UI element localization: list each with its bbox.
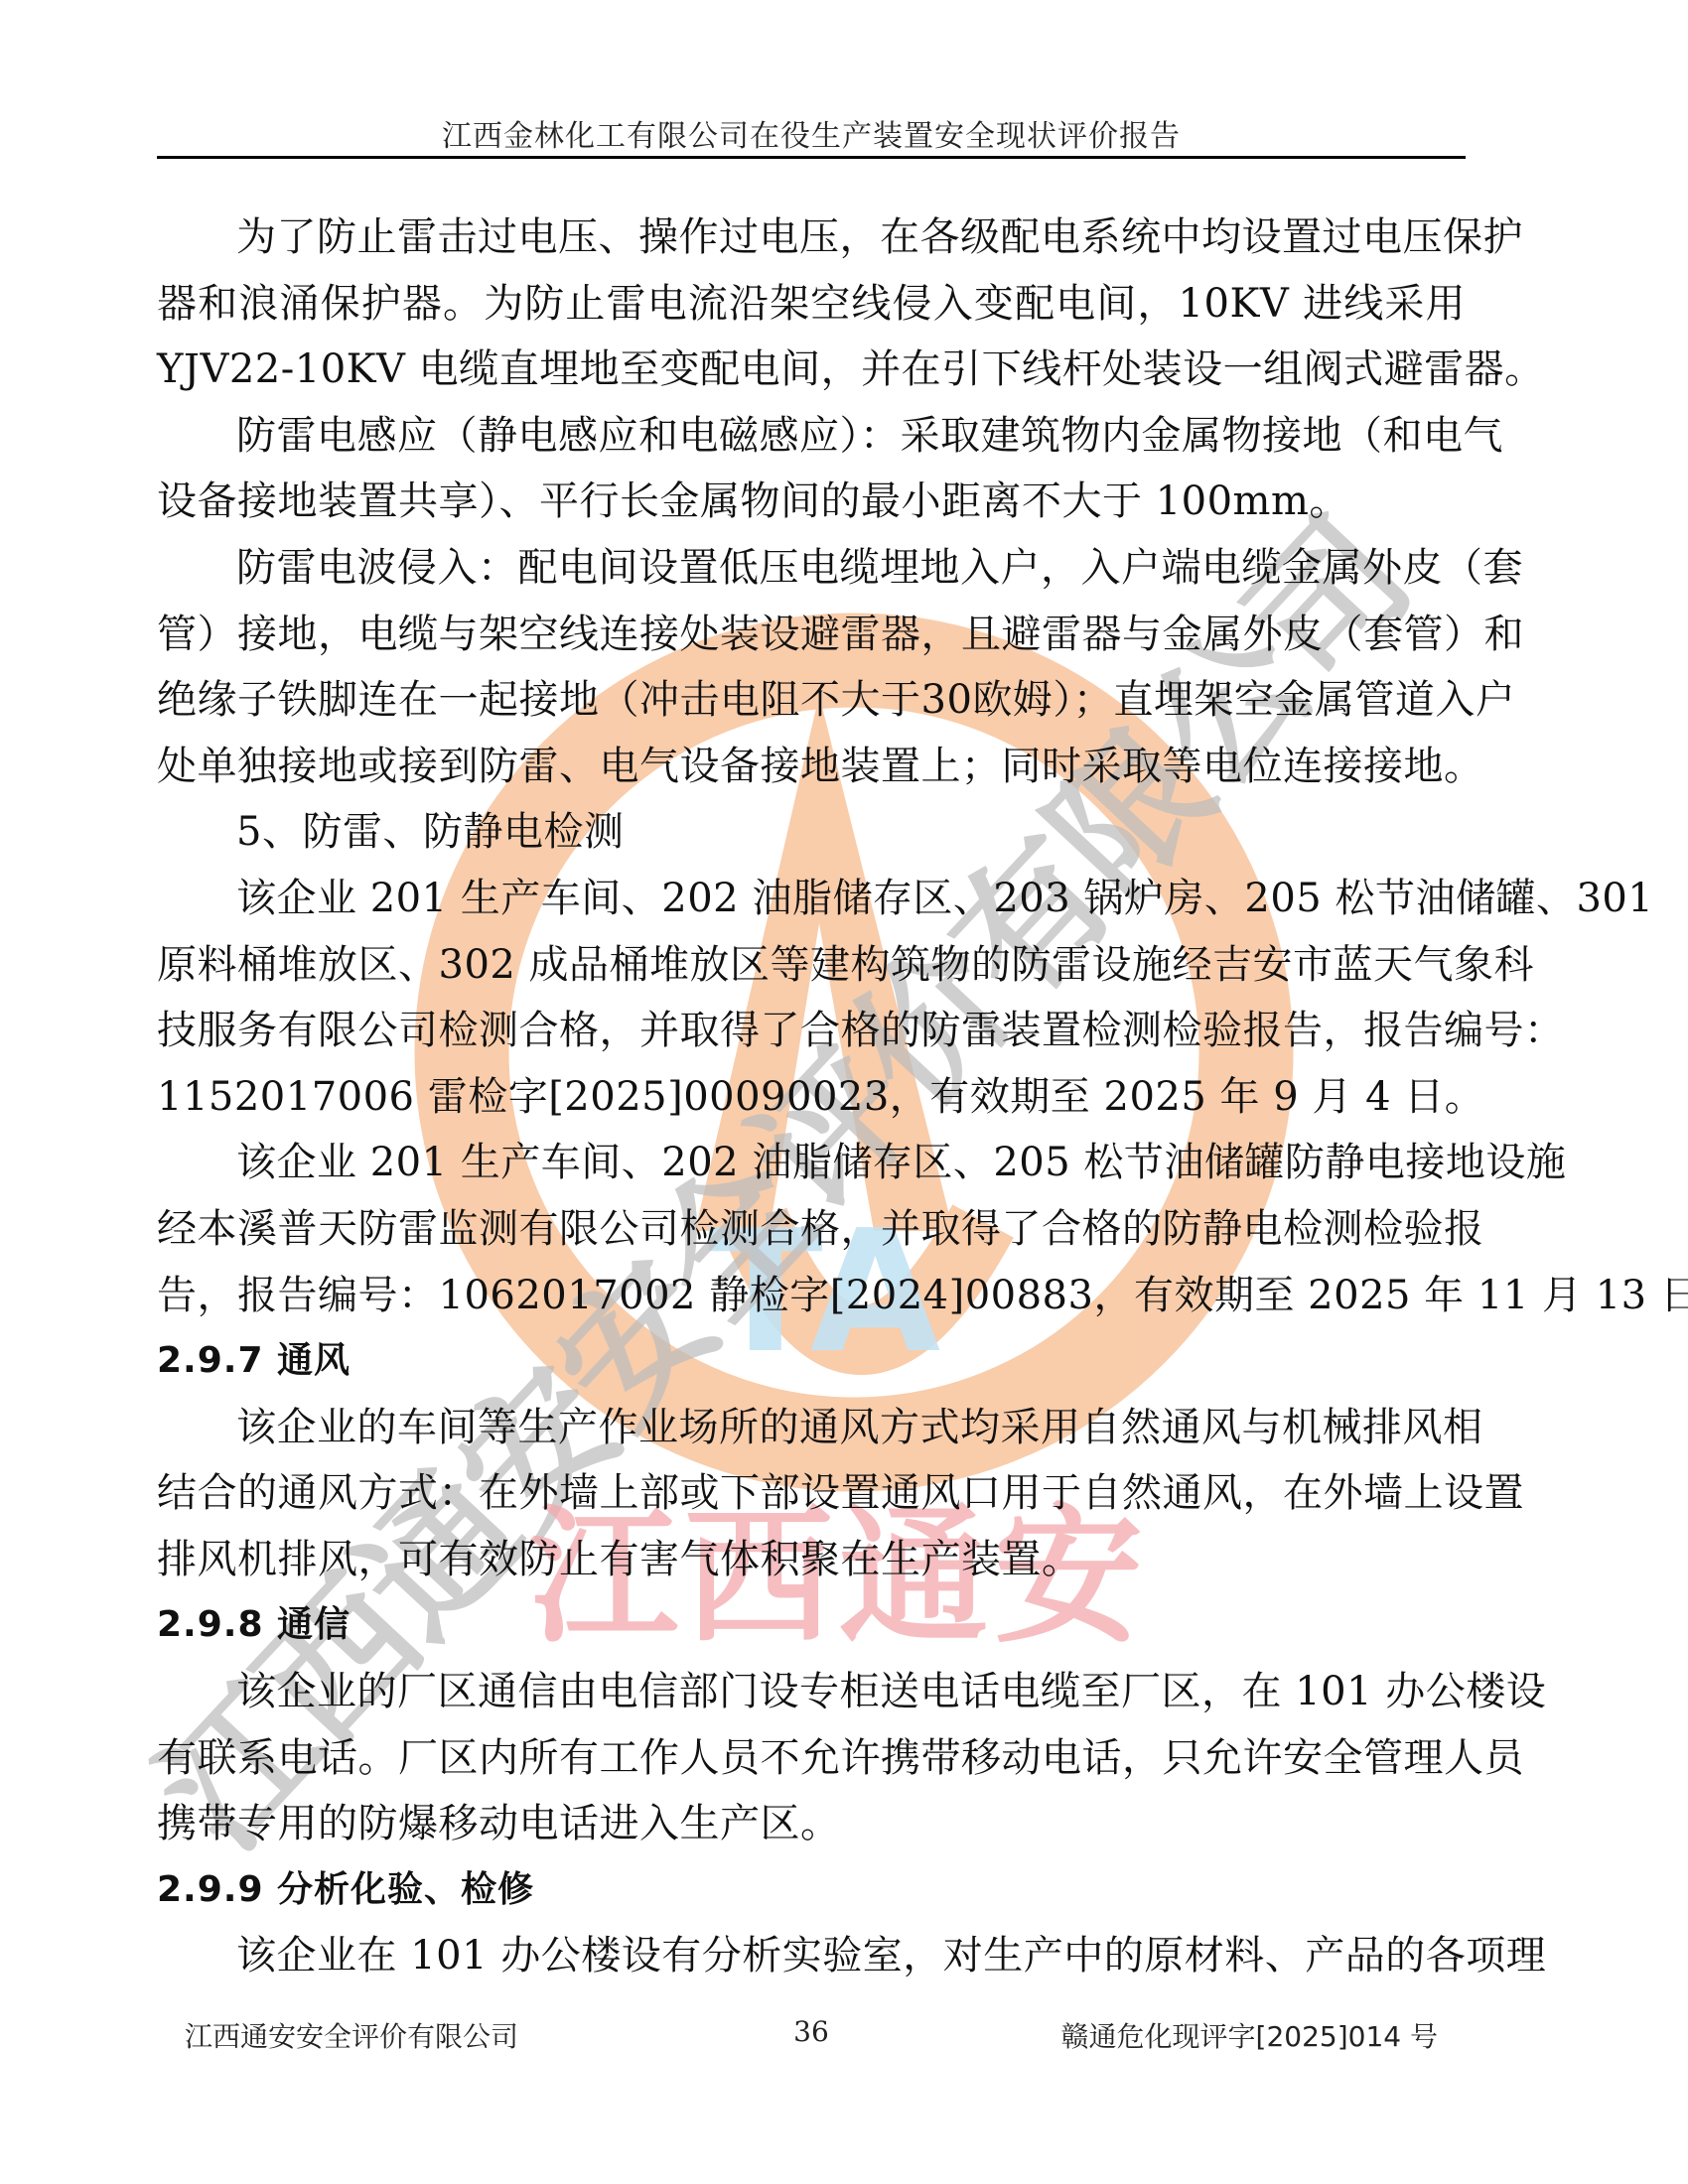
text-line: 1152017006 雷检字[2025]00090023，有效期至 2025 年… — [157, 1064, 1466, 1131]
paragraph-overvoltage: 为了防止雷击过电压、操作过电压，在各级配电系统中均设置过电压保护 器和浪涌保护器… — [157, 205, 1466, 403]
text-line: 携带专用的防爆移动电话进入生产区。 — [157, 1791, 1466, 1857]
paragraph-induction: 防雷电感应（静电感应和电磁感应）：采取建筑物内金属物接地（和电气 设备接地装置共… — [157, 403, 1466, 535]
paragraph-analysis: 该企业在 101 办公楼设有分析实验室，对生产中的原材料、产品的各项理 — [157, 1923, 1466, 1989]
text-line: 有联系电话。厂区内所有工作人员不允许携带移动电话，只允许安全管理人员 — [157, 1725, 1466, 1792]
text-line: 防雷电感应（静电感应和电磁感应）：采取建筑物内金属物接地（和电气 — [157, 403, 1466, 470]
text-line: 处单独接地或接到防雷、电气设备接地装置上；同时采取等电位连接接地。 — [157, 734, 1466, 800]
header-divider — [157, 156, 1466, 159]
report-number: 赣通危化现评字[2025]014 号 — [1061, 2015, 1438, 2055]
text-line: 该企业在 101 办公楼设有分析实验室，对生产中的原材料、产品的各项理 — [157, 1923, 1466, 1989]
text-line: 排风机排风，可有效防止有害气体积聚在生产装置。 — [157, 1527, 1466, 1593]
paragraph-communication: 该企业的厂区通信由电信部门设专柜送电话电缆至厂区，在 101 办公楼设 有联系电… — [157, 1659, 1466, 1857]
text-line: 设备接地装置共享）、平行长金属物间的最小距离不大于 100mm。 — [157, 469, 1466, 535]
text-line: 该企业 201 生产车间、202 油脂储存区、205 松节油储罐防静电接地设施 — [157, 1130, 1466, 1196]
text-line: 该企业的车间等生产作业场所的通风方式均采用自然通风与机械排风相 — [157, 1395, 1466, 1461]
section-heading-communication: 2.9.8 通信 — [157, 1592, 1466, 1659]
text-line: 结合的通风方式：在外墙上部或下部设置通风口用于自然通风，在外墙上设置 — [157, 1460, 1466, 1527]
document-body: 为了防止雷击过电压、操作过电压，在各级配电系统中均设置过电压保护 器和浪涌保护器… — [157, 205, 1466, 1989]
text-line: 防雷电波侵入：配电间设置低压电缆埋地入户，入户端电缆金属外皮（套 — [157, 535, 1466, 602]
section-heading-ventilation: 2.9.7 通风 — [157, 1328, 1466, 1395]
text-line: 告，报告编号：1062017002 静检字[2024]00883，有效期至 20… — [157, 1263, 1466, 1329]
text-line: 5、防雷、防静电检测 — [157, 799, 1466, 866]
text-line: 技服务有限公司检测合格，并取得了合格的防雷装置检测检验报告，报告编号： — [157, 998, 1466, 1064]
text-line: 原料桶堆放区、302 成品桶堆放区等建构筑物的防雷设施经吉安市蓝天气象科 — [157, 932, 1466, 999]
page-footer: 江西通安安全评价有限公司 36 赣通危化现评字[2025]014 号 — [157, 2015, 1466, 2059]
document-page: 江西金林化工有限公司在役生产装置安全现状评价报告 为了防止雷击过电压、操作过电压… — [157, 0, 1466, 2184]
text-line: 经本溪普天防雷监测有限公司检测合格，并取得了合格的防静电检测检验报 — [157, 1196, 1466, 1263]
paragraph-ventilation: 该企业的车间等生产作业场所的通风方式均采用自然通风与机械排风相 结合的通风方式：… — [157, 1395, 1466, 1593]
paragraph-lightning-report: 该企业 201 生产车间、202 油脂储存区、203 锅炉房、205 松节油储罐… — [157, 866, 1466, 1130]
subheading-lightning-detection: 5、防雷、防静电检测 — [157, 799, 1466, 866]
text-line: 器和浪涌保护器。为防止雷电流沿架空线侵入变配电间，10KV 进线采用 — [157, 271, 1466, 338]
text-line: 绝缘子铁脚连在一起接地（冲击电阻不大于30欧姆）；直埋架空金属管道入户 — [157, 667, 1466, 734]
text-line: 为了防止雷击过电压、操作过电压，在各级配电系统中均设置过电压保护 — [157, 205, 1466, 271]
text-line: 该企业 201 生产车间、202 油脂储存区、203 锅炉房、205 松节油储罐… — [157, 866, 1466, 932]
text-line: 该企业的厂区通信由电信部门设专柜送电话电缆至厂区，在 101 办公楼设 — [157, 1659, 1466, 1725]
running-header: 江西金林化工有限公司在役生产装置安全现状评价报告 — [157, 111, 1466, 155]
paragraph-static-report: 该企业 201 生产车间、202 油脂储存区、205 松节油储罐防静电接地设施 … — [157, 1130, 1466, 1328]
text-line: YJV22-10KV 电缆直埋地至变配电间，并在引下线杆处装设一组阀式避雷器。 — [157, 337, 1466, 403]
section-heading-analysis: 2.9.9 分析化验、检修 — [157, 1857, 1466, 1924]
text-line: 管）接地，电缆与架空线连接处装设避雷器，且避雷器与金属外皮（套管）和 — [157, 602, 1466, 668]
paragraph-wave-intrusion: 防雷电波侵入：配电间设置低压电缆埋地入户，入户端电缆金属外皮（套 管）接地，电缆… — [157, 535, 1466, 799]
